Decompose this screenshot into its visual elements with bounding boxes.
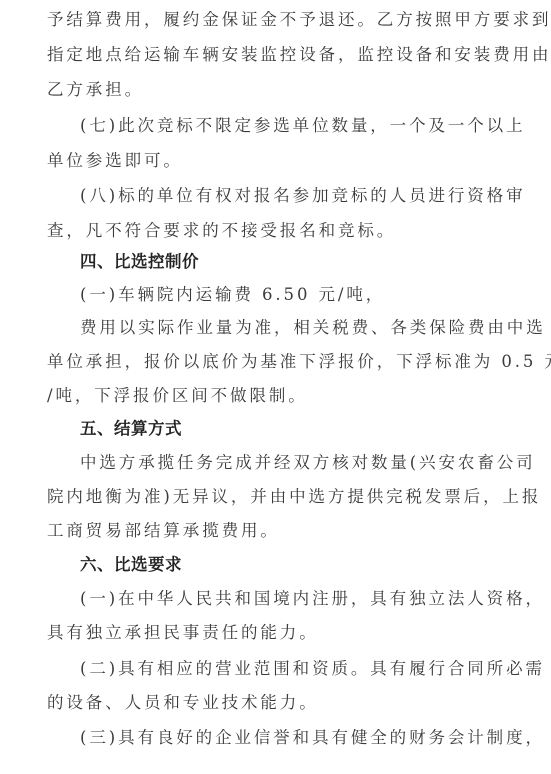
text-line: 中选方承揽任务完成并经双方核对数量(兴安农畜公司: [80, 453, 536, 473]
text-line: (八)标的单位有权对报名参加竞标的人员进行资格审: [80, 186, 525, 206]
text-line: 费用以实际作业量为准，相关税费、各类保险费由中选: [80, 318, 546, 338]
text-line: (一)在中华人民共和国境内注册，具有独立法人资格，: [80, 589, 545, 609]
text-line: 予结算费用，履约金保证金不予退还。乙方按照甲方要求到: [47, 10, 551, 30]
text-line: 乙方承担。: [47, 80, 144, 100]
section-heading: 五、结算方式: [80, 419, 182, 439]
text-line: 查，凡不符合要求的不接受报名和竞标。: [47, 221, 396, 241]
text-line: 单位承担，报价以底价为基准下浮报价，下浮标准为 0.5 元: [47, 352, 551, 372]
text-line: 单位参选即可。: [47, 151, 183, 171]
text-line: 具有独立承担民事责任的能力。: [47, 623, 319, 643]
text-line: (七)此次竞标不限定参选单位数量，一个及一个以上: [80, 116, 525, 136]
text-line: (二)具有相应的营业范围和资质。具有履行合同所必需: [80, 659, 545, 679]
text-line: /吨，下浮报价区间不做限制。: [47, 386, 308, 406]
text-line: 工商贸易部结算承揽费用。: [47, 521, 280, 541]
text-line: 指定地点给运输车辆安装监控设备，监控设备和安装费用由: [47, 45, 551, 65]
text-line: (三)具有良好的企业信誉和具有健全的财务会计制度，: [80, 728, 545, 748]
text-line: (一)车辆院内运输费 6.50 元/吨，: [80, 285, 385, 305]
section-heading: 六、比选要求: [80, 555, 182, 575]
text-line: 院内地衡为准)无异议，并由中选方提供完税发票后，上报: [47, 487, 541, 507]
section-heading: 四、比选控制价: [80, 252, 199, 272]
text-line: 的设备、人员和专业技术能力。: [47, 693, 319, 713]
